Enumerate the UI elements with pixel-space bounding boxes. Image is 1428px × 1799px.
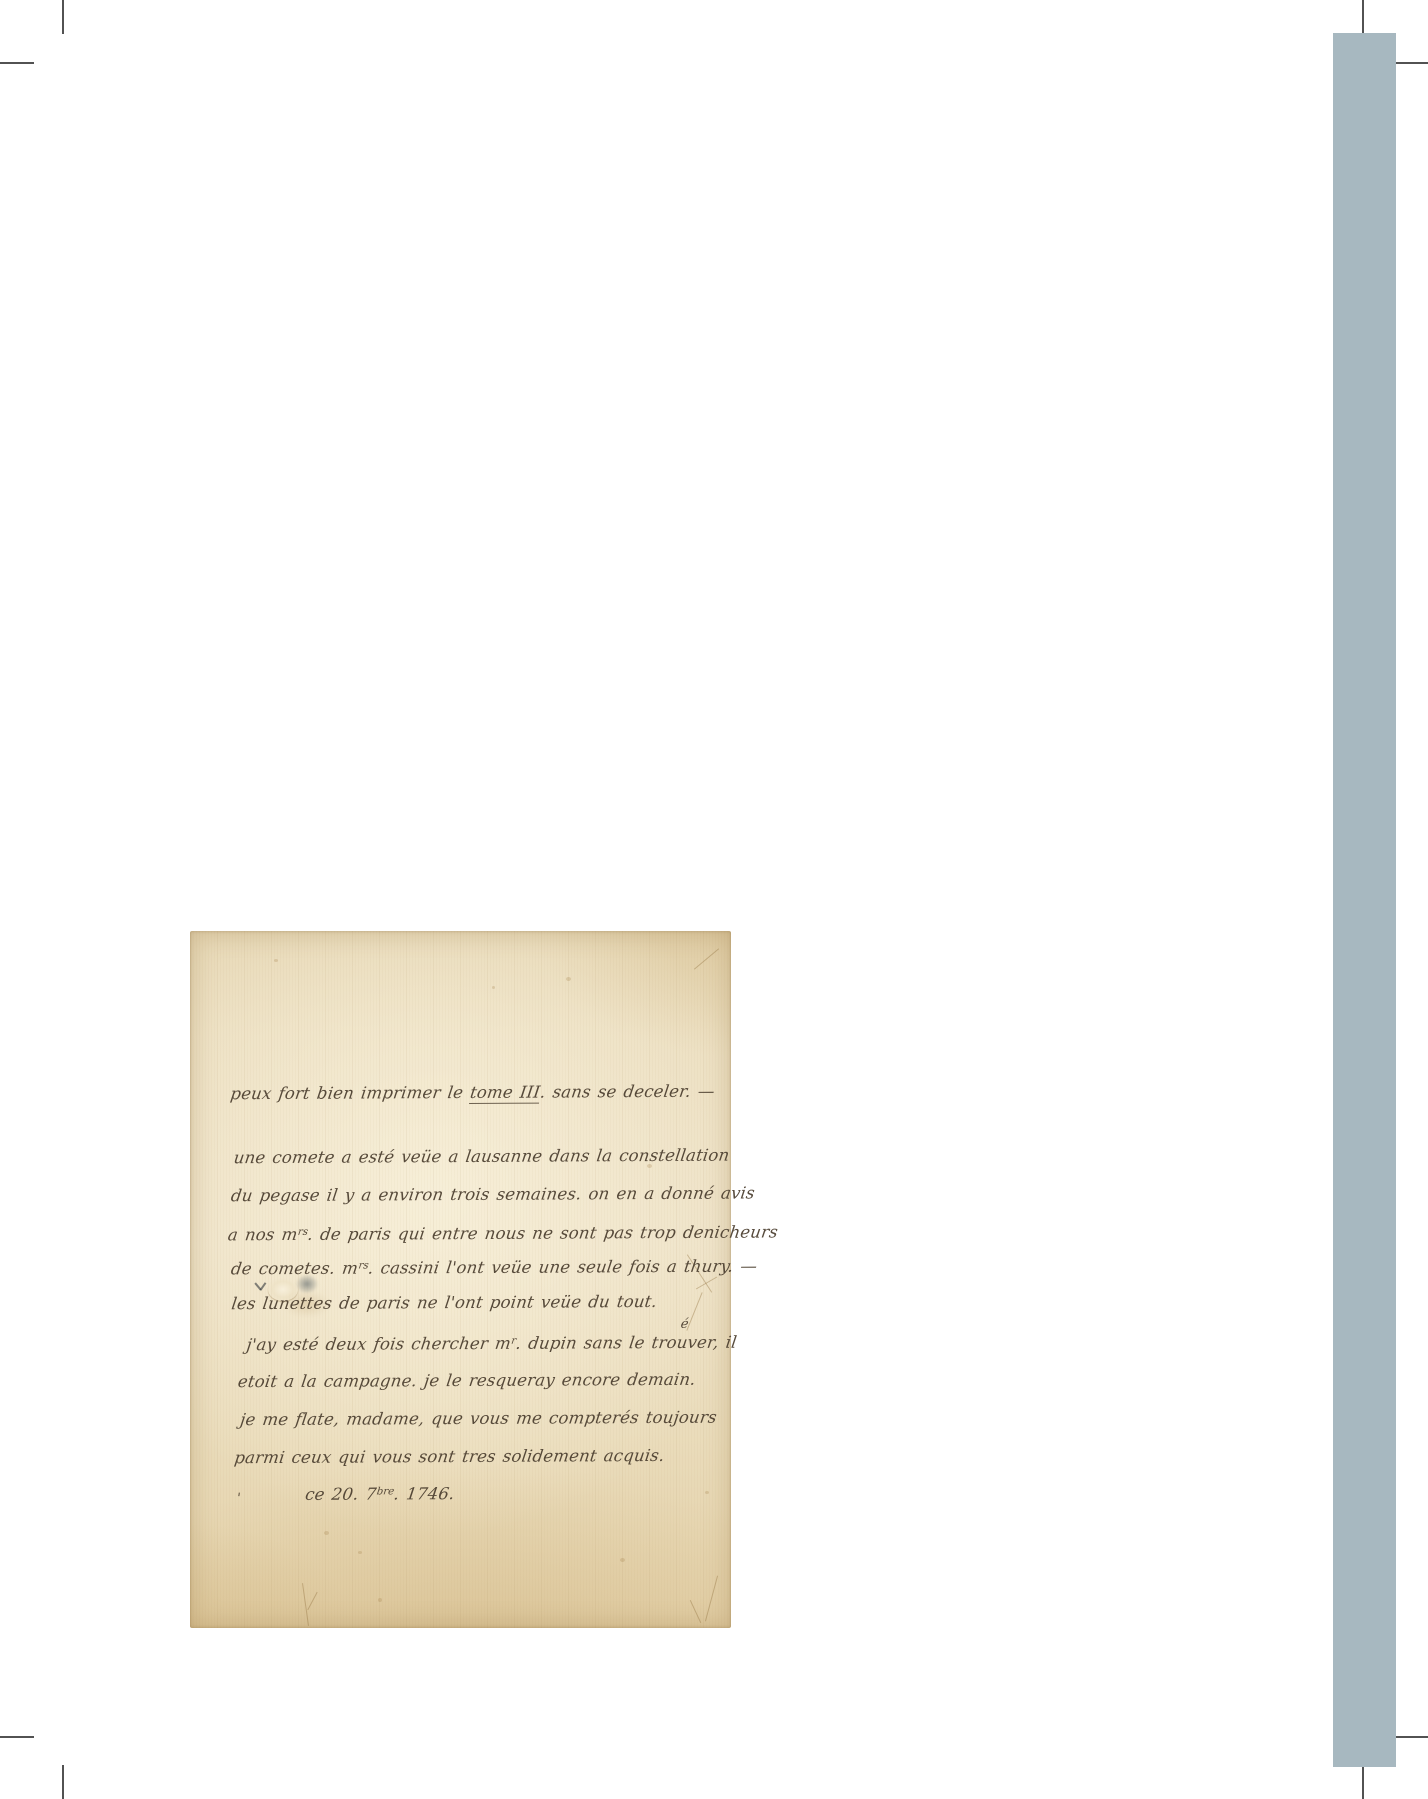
crop-mark-top-right-horizontal (1394, 62, 1428, 64)
letter-line-segment: . de paris qui entre nous ne sont pas tr… (306, 1222, 779, 1243)
letter-line-segment: tome III (469, 1083, 542, 1104)
letter-line: j'ay esté deux fois chercher mr. dupin s… (245, 1330, 739, 1357)
letter-line: ' (235, 1488, 242, 1510)
letter-line-segment: les lunettes de paris ne l'ont point veü… (230, 1292, 658, 1313)
letter-line-segment: bre (376, 1486, 395, 1497)
catalog-page: { "page": { "type": "printed catalog pro… (0, 0, 1428, 1799)
letter-line-segment: etoit a la campagne. je le resqueray enc… (237, 1370, 697, 1391)
letter-line: etoit a la campagne. je le resqueray enc… (237, 1369, 698, 1393)
letter-line-segment: je me flate, madame, que vous me compter… (239, 1408, 718, 1430)
letter-line-segment: . sans se deceler. — (539, 1082, 716, 1102)
letter-line: je me flate, madame, que vous me compter… (239, 1407, 718, 1432)
letter-line: a nos mrs. de paris qui entre nous ne so… (226, 1219, 779, 1246)
letter-line-segment: parmi ceux qui vous sont tres solidement… (233, 1446, 666, 1467)
letter-line-segment: . 1746. (393, 1484, 456, 1503)
accent-band (1333, 33, 1396, 1767)
letter-line: de cometes. mrs. cassini l'ont veüe une … (230, 1253, 759, 1280)
letter-line: les lunettes de paris ne l'ont point veü… (230, 1291, 658, 1315)
letter-line-segment: j'ay esté deux fois chercher m (245, 1334, 512, 1354)
letter-line: parmi ceux qui vous sont tres solidement… (233, 1445, 666, 1469)
crop-mark-bottom-right-vertical (1362, 1765, 1364, 1799)
letter-line-segment: ce 20. 7 (304, 1485, 378, 1504)
crop-mark-top-right-vertical (1362, 0, 1364, 34)
letter-line: une comete a esté veüe a lausanne dans l… (232, 1145, 731, 1170)
crop-mark-top-left-horizontal (0, 62, 34, 64)
letter-line: du pegase il y a environ trois semaines.… (230, 1182, 757, 1207)
letter-line-segment: a nos m (227, 1225, 299, 1244)
letter-line: ce 20. 7bre. 1746. (304, 1481, 457, 1506)
letter-line-segment: du pegase il y a environ trois semaines.… (230, 1183, 756, 1205)
crop-mark-bottom-right-horizontal (1394, 1736, 1428, 1738)
manuscript-letter: peux fort bien imprimer le tome III. san… (190, 931, 731, 1628)
letter-line-segment: . cassini l'ont veüe une seule fois a th… (367, 1257, 758, 1278)
letter-line-segment: ' (236, 1491, 242, 1506)
crop-mark-bottom-left-vertical (62, 1765, 64, 1799)
letter-line-segment: une comete a esté veüe a lausanne dans l… (233, 1146, 731, 1168)
crop-mark-top-left-vertical (62, 0, 64, 34)
letter-line-segment: . dupin sans le trouver, il (515, 1333, 739, 1353)
letter-line-segment: peux fort bien imprimer le (229, 1083, 471, 1103)
crop-mark-bottom-left-horizontal (0, 1736, 34, 1738)
letter-text-layer: peux fort bien imprimer le tome III. san… (188, 930, 733, 1630)
letter-line-segment: de cometes. m (230, 1259, 360, 1279)
letter-line: peux fort bien imprimer le tome III. san… (229, 1081, 716, 1106)
